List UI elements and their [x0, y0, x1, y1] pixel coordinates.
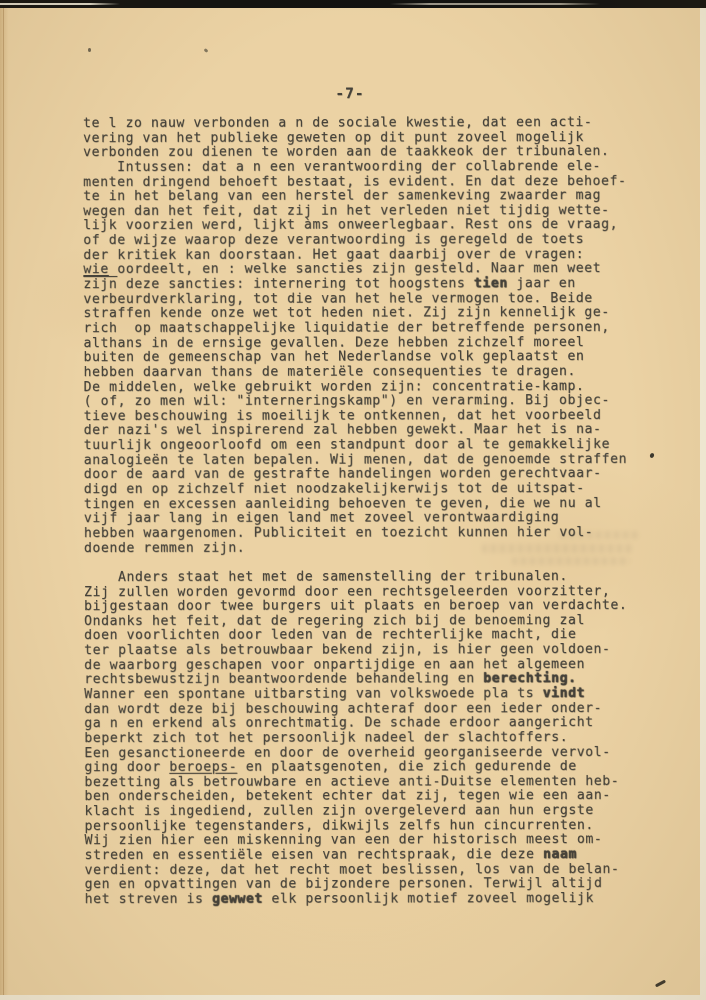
page-left-shadow: [0, 8, 10, 1000]
marked-word: gewwet: [212, 892, 263, 907]
marked-word: beroeps-: [169, 760, 237, 775]
marked-word: berechting.: [483, 671, 576, 686]
page-number: -7-: [0, 86, 700, 102]
page-right-edge: [700, 8, 706, 1000]
ink-speck: [204, 48, 209, 53]
scan-border-top: [0, 0, 706, 8]
ink-speck: [88, 48, 91, 52]
document-text-block: te l zo nauw verbonden a n de sociale kw…: [83, 116, 660, 908]
text-line: doende remmen zijn.: [84, 540, 659, 556]
marked-word: tien: [474, 276, 508, 291]
text-line: hebben waargenomen. Publiciteit en toezi…: [84, 526, 659, 542]
page-bottom-edge: [0, 995, 706, 1000]
text-line: het streven is gewwet elk persoonlijk mo…: [85, 892, 660, 908]
marked-word: zijn: [83, 277, 117, 292]
marked-word: vindt: [543, 686, 585, 701]
ink-speck: [655, 980, 666, 988]
scanned-document-page: -7- te l zo nauw verbonden a n de social…: [0, 0, 706, 1000]
marked-word: naam: [543, 847, 577, 862]
marked-word: wie: [83, 262, 109, 277]
